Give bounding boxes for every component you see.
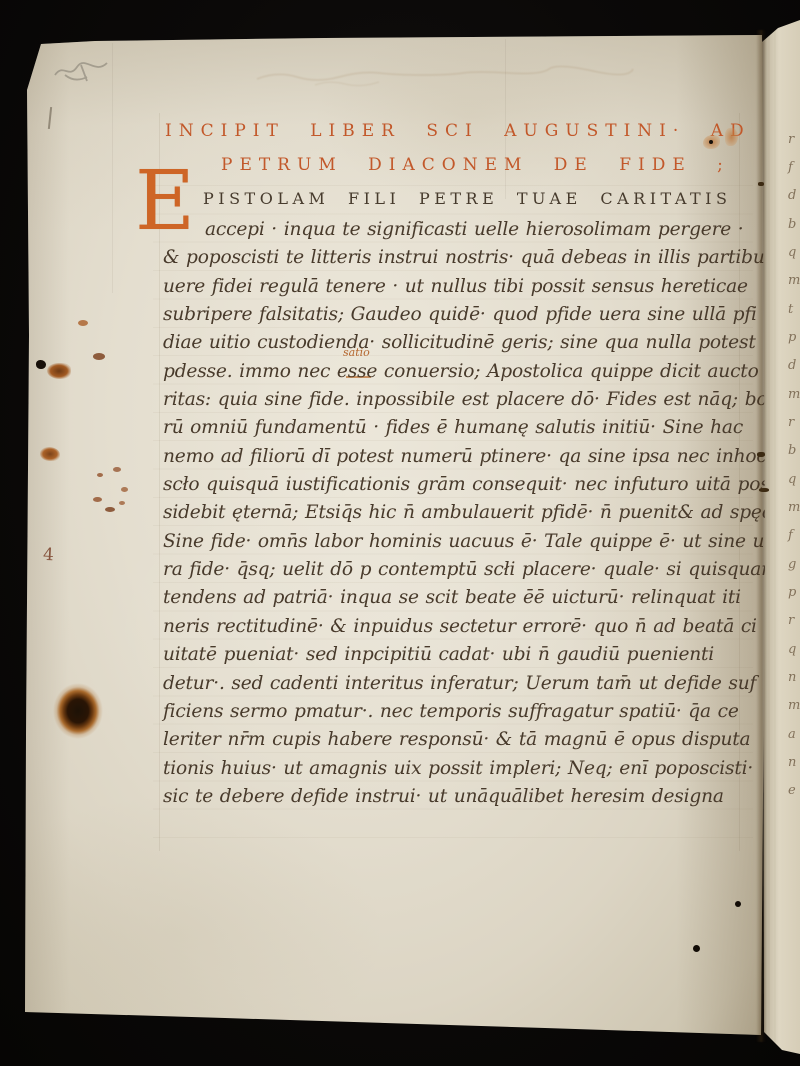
manuscript-line: diae uitio custodienda· sollicitudinē ge…	[163, 332, 755, 360]
text-block: accepi · inqua te significasti uelle hie…	[163, 219, 755, 814]
facing-text-fragment: r	[788, 613, 794, 628]
facing-text-fragment: m	[788, 387, 800, 402]
rust-speckle	[121, 487, 128, 492]
rust-speckle	[97, 473, 103, 477]
rust-speckle	[105, 507, 115, 512]
rust-stain	[47, 363, 71, 379]
facing-text-fragment: m	[788, 500, 800, 515]
manuscript-line: uitatē pueniat· sed inpcipitiū cadat· ub…	[163, 644, 755, 672]
facing-text-fragment: b	[788, 217, 796, 232]
rust-stain	[93, 353, 105, 360]
pencil-scribble	[51, 53, 121, 89]
burn-hole	[53, 683, 103, 739]
show-through-writing	[255, 63, 655, 89]
rubric-line-2: PETRUM DIACONEM DE FIDE ;	[221, 155, 730, 175]
facing-text-fragment: f	[788, 528, 793, 543]
edge-streak	[768, 18, 770, 1058]
facing-text-fragment: m	[788, 698, 800, 713]
ink-dot	[709, 140, 713, 144]
facing-text-fragment: g	[788, 557, 796, 572]
manuscript-line: & poposcisti te litteris instrui nostris…	[163, 247, 755, 275]
facing-text-fragment: p	[788, 330, 796, 345]
crease-knot	[758, 182, 764, 186]
ink-blot	[36, 360, 46, 369]
facing-text-fragment: p	[788, 585, 796, 600]
manuscript-line: rū omniū fundamentū · fides ē humanę sal…	[163, 417, 755, 445]
facing-text-fragment: t	[788, 302, 793, 317]
manuscript-line: ritas: quia sine fide. inpossibile est p…	[163, 389, 755, 417]
manuscript-line: sic te debere defide instrui· ut unāquāl…	[163, 786, 755, 814]
manuscript-line: pdesse. immo nec esse conuersio; Apostol…	[163, 361, 755, 389]
facing-text-fragment: n	[788, 670, 796, 685]
crease-knot	[759, 488, 769, 492]
manuscript-line: sidebit ęternā; Etsiq̄s hic n̄ ambulauer…	[163, 502, 755, 530]
worm-hole	[735, 901, 741, 907]
manuscript-line: detur·. sed cadenti interitus inferatur;…	[163, 673, 755, 701]
worm-hole	[693, 945, 700, 952]
facing-page-edge: r f d b q m t p d m r b q m f g p r q n …	[762, 18, 800, 1058]
facing-text-fragment: q	[788, 472, 796, 487]
crease-knot	[757, 452, 765, 457]
manuscript-line: nemo ad filiorū dī potest numerū ptinere…	[163, 446, 755, 474]
rust-speckle	[119, 501, 125, 505]
manuscript-line: leriter nr̄m cupis habere responsū· & tā…	[163, 729, 755, 757]
facing-text-fragment: q	[788, 642, 796, 657]
facing-text-fragment: b	[788, 443, 796, 458]
quire-mark: 4	[42, 545, 54, 566]
scratch-mark	[48, 107, 52, 129]
facing-text-fragment: f	[788, 160, 793, 175]
rust-stain	[725, 128, 738, 146]
facing-text-fragment: n	[788, 755, 796, 770]
rust-stain	[40, 447, 60, 461]
facing-text-fragment: r	[788, 132, 794, 147]
manuscript-line: uere fidei regulā tenere · ut nullus tib…	[163, 276, 755, 304]
manuscript-line: scło quisquā iustificationis grām conseq…	[163, 474, 755, 502]
edge-streak	[774, 18, 776, 1058]
manuscript-line: tionis huius· ut amagnis uix possit impl…	[163, 758, 755, 786]
facing-text-fragment: r	[788, 415, 794, 430]
rust-stain	[78, 320, 88, 326]
parchment-page: INCIPIT LIBER SCI AUGUSTINI· AD PETRUM D…	[25, 35, 765, 1035]
manuscript-line: ficiens sermo pmatur·. nec temporis suff…	[163, 701, 755, 729]
facing-text-fragment: d	[788, 188, 796, 203]
manuscript-line: accepi · inqua te significasti uelle hie…	[163, 219, 755, 247]
facing-text-fragment: m	[788, 273, 800, 288]
manuscript-line: tendens ad patriā· inqua se scit beate ē…	[163, 587, 755, 615]
rubric-line-1: INCIPIT LIBER SCI AUGUSTINI· AD	[165, 121, 751, 141]
facing-text-fragment: a	[788, 727, 796, 742]
manuscript-line: ra fide· q̄sq; uelit dō p contemptū scłi…	[163, 559, 755, 587]
manuscript-line: subripere falsitatis; Gaudeo quidē· quod…	[163, 304, 755, 332]
facing-text-fragment: d	[788, 358, 796, 373]
facing-text-fragment: q	[788, 245, 796, 260]
rust-speckle	[93, 497, 102, 502]
facing-text-fragment: e	[788, 783, 796, 798]
incipit-caps-line: PISTOLAM FILI PETRE TUAE CARITATIS	[203, 189, 731, 208]
rust-speckle	[113, 467, 121, 472]
manuscript-line: Sine fide· omn̄s labor hominis uacuus ē·…	[163, 531, 755, 559]
manuscript-line: neris rectitudinē· & inpuidus sectetur e…	[163, 616, 755, 644]
manuscript-photo: r f d b q m t p d m r b q m f g p r q n …	[0, 0, 800, 1066]
